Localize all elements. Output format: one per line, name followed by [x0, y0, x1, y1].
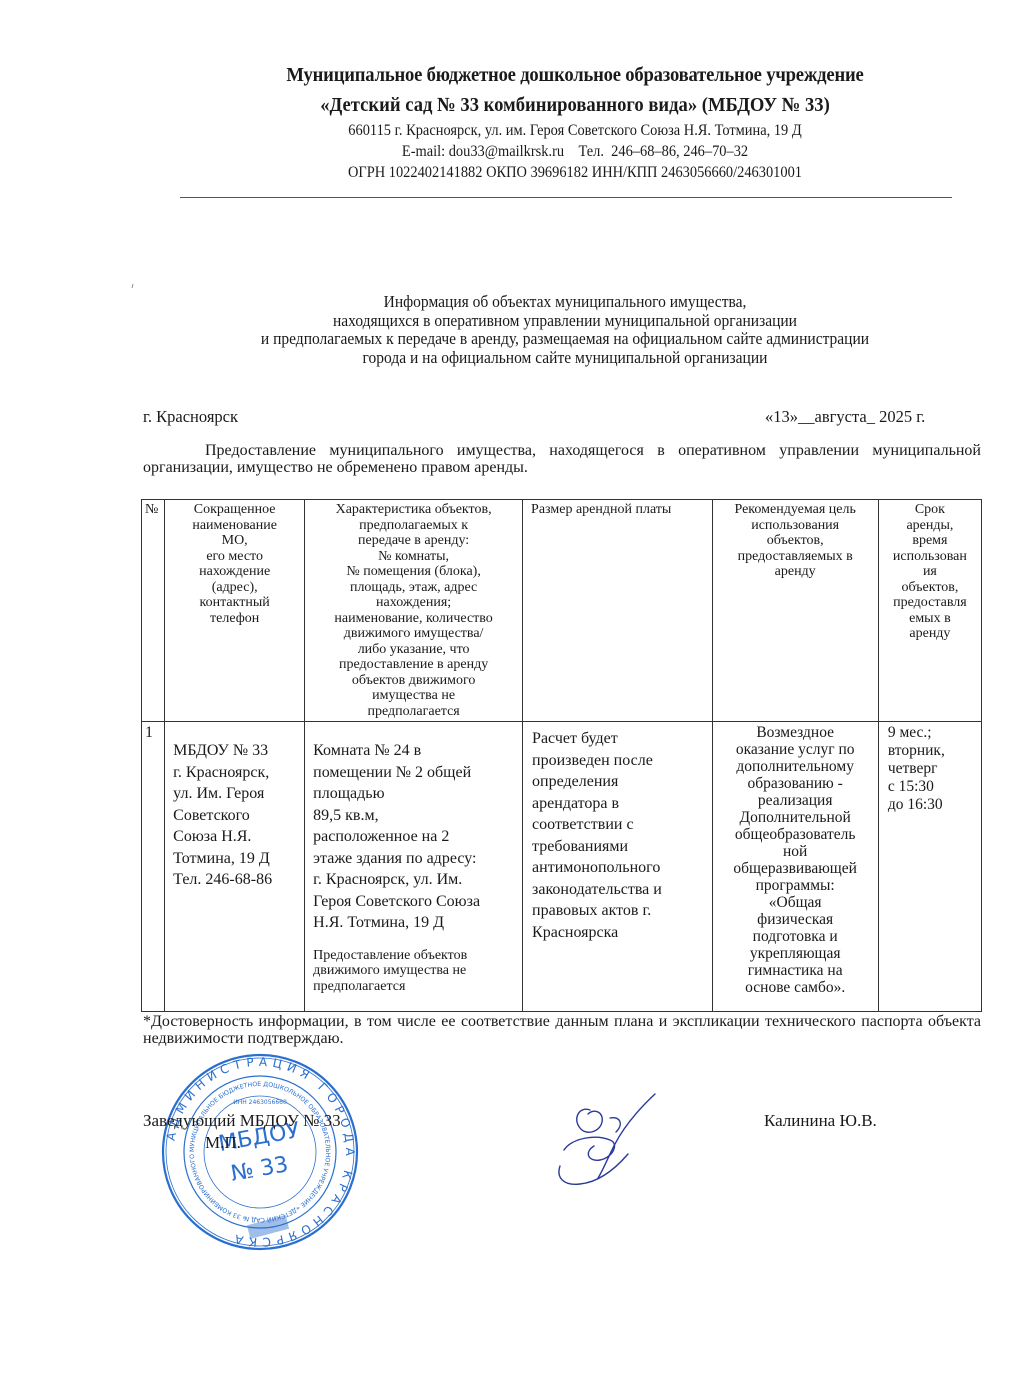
handwritten-signature [550, 1088, 660, 1188]
document-title: Информация об объектах муниципального им… [175, 293, 955, 367]
org-contacts: E-mail: dou33@mailkrsk.ru Тел. 246–68–86… [198, 143, 951, 161]
cell-object: Комната № 24 в помещении № 2 общей площа… [305, 722, 523, 1012]
header-number: № [142, 500, 165, 722]
cell-fee: Расчет будет произведен после определени… [523, 722, 712, 1012]
title-line-1: Информация об объектах муниципального им… [175, 293, 955, 312]
signer-name: Калинина Ю.В. [764, 1111, 877, 1131]
lead-paragraph: Предоставление муниципального имущества,… [143, 442, 981, 476]
object-description: Комната № 24 в помещении № 2 общей площа… [313, 740, 519, 934]
stamp-inn: ИНН 2463056660 [233, 1099, 287, 1106]
org-name-line2: «Детский сад № 33 комбинированного вида»… [198, 94, 951, 117]
place: г. Красноярск [143, 407, 238, 427]
title-line-2: находящихся в оперативном управлении мун… [175, 312, 955, 331]
table-row: 1 МБДОУ № 33 г. Красноярск, ул. Им. Геро… [142, 722, 982, 1012]
org-address: 660115 г. Красноярск, ул. им. Героя Сове… [198, 122, 951, 140]
document-date: «13»__августа_ 2025 г. [765, 407, 925, 427]
signer-role: Заведующий МБДОУ № 33 [143, 1111, 341, 1131]
official-stamp: АДМИНИСТРАЦИЯ ГОРОДА КРАСНОЯРСКА МУНИЦИП… [160, 1052, 360, 1252]
header-fee: Размер арендной платы [523, 500, 712, 722]
letterhead-divider [180, 197, 952, 198]
title-line-4: города и на официальном сайте муниципаль… [175, 349, 955, 368]
stamp-center-line2: № 33 [229, 1152, 290, 1187]
header-object: Характеристика объектов, предполагаемых … [305, 500, 523, 722]
cell-term: 9 мес.; вторник, четверг с 15:30 до 16:3… [878, 722, 981, 1012]
title-line-3: и предполагаемых к передаче в аренду, ра… [175, 330, 955, 349]
header-goal: Рекомендуемая цель использования объекто… [712, 500, 878, 722]
scan-mark [131, 284, 133, 288]
header-term: Срок аренды, время использован ия объект… [878, 500, 981, 722]
table-header-row: № Сокращенное наименование МО, его место… [142, 500, 982, 722]
seal-mark: М.П. [205, 1133, 241, 1153]
cell-mo: МБДОУ № 33 г. Красноярск, ул. Им. Героя … [165, 722, 305, 1012]
org-name-line1: Муниципальное бюджетное дошкольное образ… [198, 64, 951, 87]
cell-number: 1 [142, 722, 165, 1012]
property-table: № Сокращенное наименование МО, его место… [141, 499, 982, 1012]
header-mo: Сокращенное наименование МО, его место н… [165, 500, 305, 722]
object-movable-note: Предоставление объектов движимого имущес… [313, 948, 519, 995]
org-registration: ОГРН 1022402141882 ОКПО 39696182 ИНН/КПП… [198, 164, 951, 182]
footnote: *Достоверность информации, в том числе е… [143, 1013, 981, 1047]
cell-goal: Возмездное оказание услуг по дополнитель… [712, 722, 878, 1012]
